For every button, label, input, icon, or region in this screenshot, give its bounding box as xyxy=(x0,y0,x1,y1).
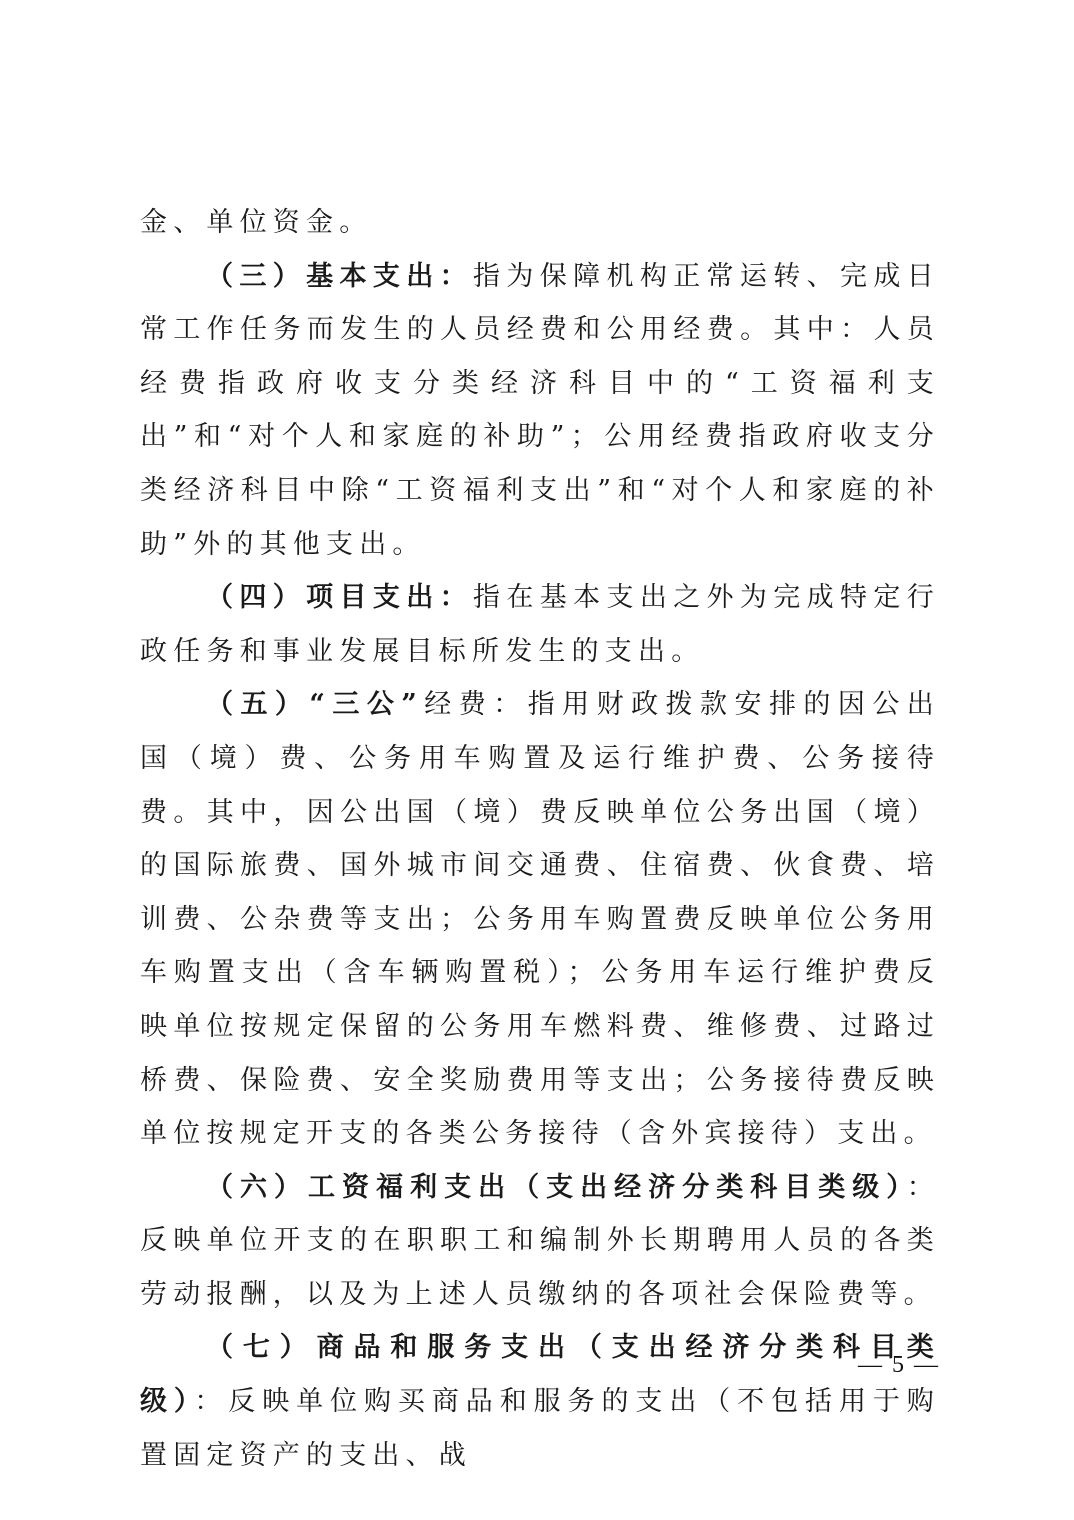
section-heading: （五）“三公” xyxy=(206,689,423,720)
paragraph-body: ：反映单位购买商品和服务的支出（不包括用于购置固定资产的支出、战 xyxy=(140,1386,940,1471)
section-heading: （三）基本支出： xyxy=(206,261,473,292)
paragraph-body: 指为保障机构正常运转、完成日常工作任务而发生的人员经费和公用经费。其中：人员经费… xyxy=(140,261,940,560)
section-heading: （六）工资福利支出（支出经济分类科目类级） xyxy=(206,1172,907,1203)
page-number: — 5 — xyxy=(858,1352,940,1379)
paragraph-project-expenditure: （四）项目支出：指在基本支出之外为完成特定行政任务和事业发展目标所发生的支出。 xyxy=(140,571,940,678)
paragraph-continuation: 金、单位资金。 xyxy=(140,196,940,250)
paragraph-body: 经费：指用财政拨款安排的因公出国（境）费、公务用车购置及运行维护费、公务接待费。… xyxy=(140,689,940,1149)
paragraph-goods-services: （七）商品和服务支出（支出经济分类科目类级）：反映单位购买商品和服务的支出（不包… xyxy=(140,1321,940,1482)
paragraph-basic-expenditure: （三）基本支出：指为保障机构正常运转、完成日常工作任务而发生的人员经费和公用经费… xyxy=(140,250,940,572)
section-heading: （四）项目支出： xyxy=(206,582,473,613)
paragraph-body: 金、单位资金。 xyxy=(140,207,372,238)
paragraph-wage-welfare: （六）工资福利支出（支出经济分类科目类级）：反映单位开支的在职职工和编制外长期聘… xyxy=(140,1161,940,1322)
paragraph-three-public-expenses: （五）“三公”经费：指用财政拨款安排的因公出国（境）费、公务用车购置及运行维护费… xyxy=(140,678,940,1160)
document-page: 金、单位资金。 （三）基本支出：指为保障机构正常运转、完成日常工作任务而发生的人… xyxy=(140,196,940,1482)
